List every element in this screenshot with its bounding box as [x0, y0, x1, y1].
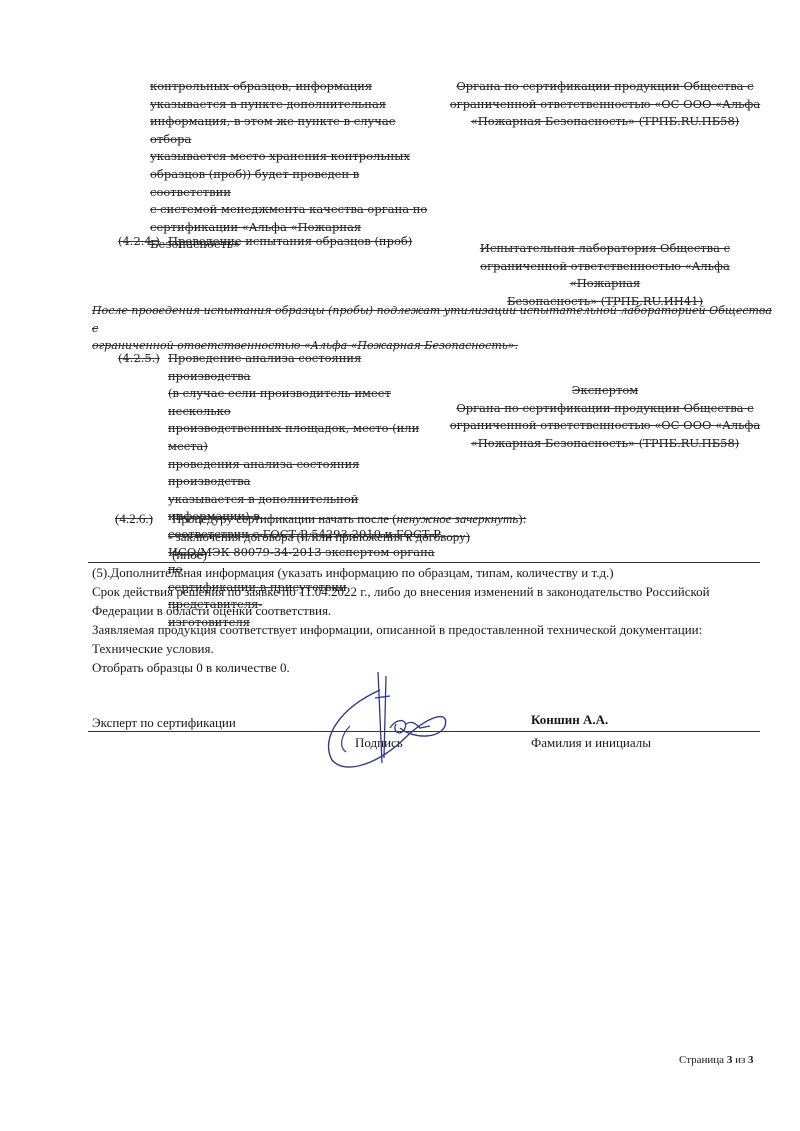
text-line: Экспертом — [445, 382, 765, 400]
text-line: указывается место хранения контрольных — [150, 148, 440, 166]
page-prefix: Страница — [679, 1054, 727, 1066]
italic-part: ненужное зачеркнуть — [397, 511, 519, 526]
certification-body-text: Органа по сертификации продукции Обществ… — [445, 78, 765, 131]
text-line: Органа по сертификации продукции Обществ… — [445, 400, 765, 418]
item-4-2-4-number: (4.2.4.) — [118, 233, 160, 251]
text-line: ограниченной ответственностью «Альфа «По… — [445, 258, 765, 293]
expert-body-text: Экспертом Органа по сертификации продукц… — [445, 382, 765, 452]
section-5: (5).Дополнительная информация (указать и… — [92, 563, 772, 677]
text-line: (в случае если производитель имеет неско… — [168, 385, 443, 420]
item-4-2-4-text: Проведение испытания образцов (проб) — [168, 233, 412, 251]
control-samples-text: контрольных образцов, информация указыва… — [150, 78, 440, 254]
testing-lab-text: Испытательная лаборатория Общества с огр… — [445, 240, 765, 310]
text-part: ): — [518, 511, 526, 526]
text-line: контрольных образцов, информация — [150, 78, 440, 96]
text-line: Заявляемая продукция соответствует инфор… — [92, 620, 772, 639]
text-line: указывается в пункте дополнительная — [150, 96, 440, 114]
text-line: После проведения испытания образцы (проб… — [92, 302, 772, 337]
item-4-2-5-number: (4.2.5.) — [118, 350, 160, 368]
expert-name: Коншин А.А. — [531, 710, 608, 730]
text-line: Срок действия решения по заявке по 11.04… — [92, 582, 772, 601]
total-pages: 3 — [748, 1054, 754, 1066]
text-line: Испытательная лаборатория Общества с — [445, 240, 765, 258]
text-line: производственных площадок, место (или ме… — [168, 420, 443, 455]
text-line: информация, в этом же пункте в случае от… — [150, 113, 440, 148]
item-4-2-6-text: Процедуру сертификации начать после (нен… — [172, 509, 526, 529]
item-4-2-6-number: (4.2.6.) — [115, 509, 153, 529]
text-line: проведения анализа состояния производств… — [168, 456, 443, 491]
text-line: Проведение анализа состояния производств… — [168, 350, 443, 385]
name-label: Фамилия и инициалы — [531, 733, 651, 753]
text-line: с системой менеджмента качества органа п… — [150, 201, 440, 219]
page-number: Страница 3 из 3 — [679, 1051, 754, 1071]
disposal-note: После проведения испытания образцы (проб… — [92, 302, 772, 355]
text-line: образцов (проб)) будет проведен в соотве… — [150, 166, 440, 201]
text-line: Технические условия. — [92, 639, 772, 658]
section-5-title: (5).Дополнительная информация (указать и… — [92, 563, 772, 582]
text-line: ограниченной ответственностью «ОС ООО «А… — [445, 96, 765, 114]
text-line: ограниченной ответственностью «ОС ООО «А… — [445, 417, 765, 435]
text-line: Федерации в области оценки соответствия. — [92, 601, 772, 620]
handwritten-signature-icon — [320, 668, 460, 778]
page-sep: из — [732, 1054, 748, 1066]
text-line: «Пожарная Безопасность» (ТРПБ.RU.ПБ58) — [445, 113, 765, 131]
text-line: Органа по сертификации продукции Обществ… — [445, 78, 765, 96]
expert-role: Эксперт по сертификации — [92, 713, 236, 733]
option-contract: - заключения договора (и/или приложения … — [168, 527, 470, 547]
text-part: Процедуру сертификации начать после ( — [172, 511, 397, 526]
text-line: «Пожарная Безопасность» (ТРПБ.RU.ПБ58) — [445, 435, 765, 453]
